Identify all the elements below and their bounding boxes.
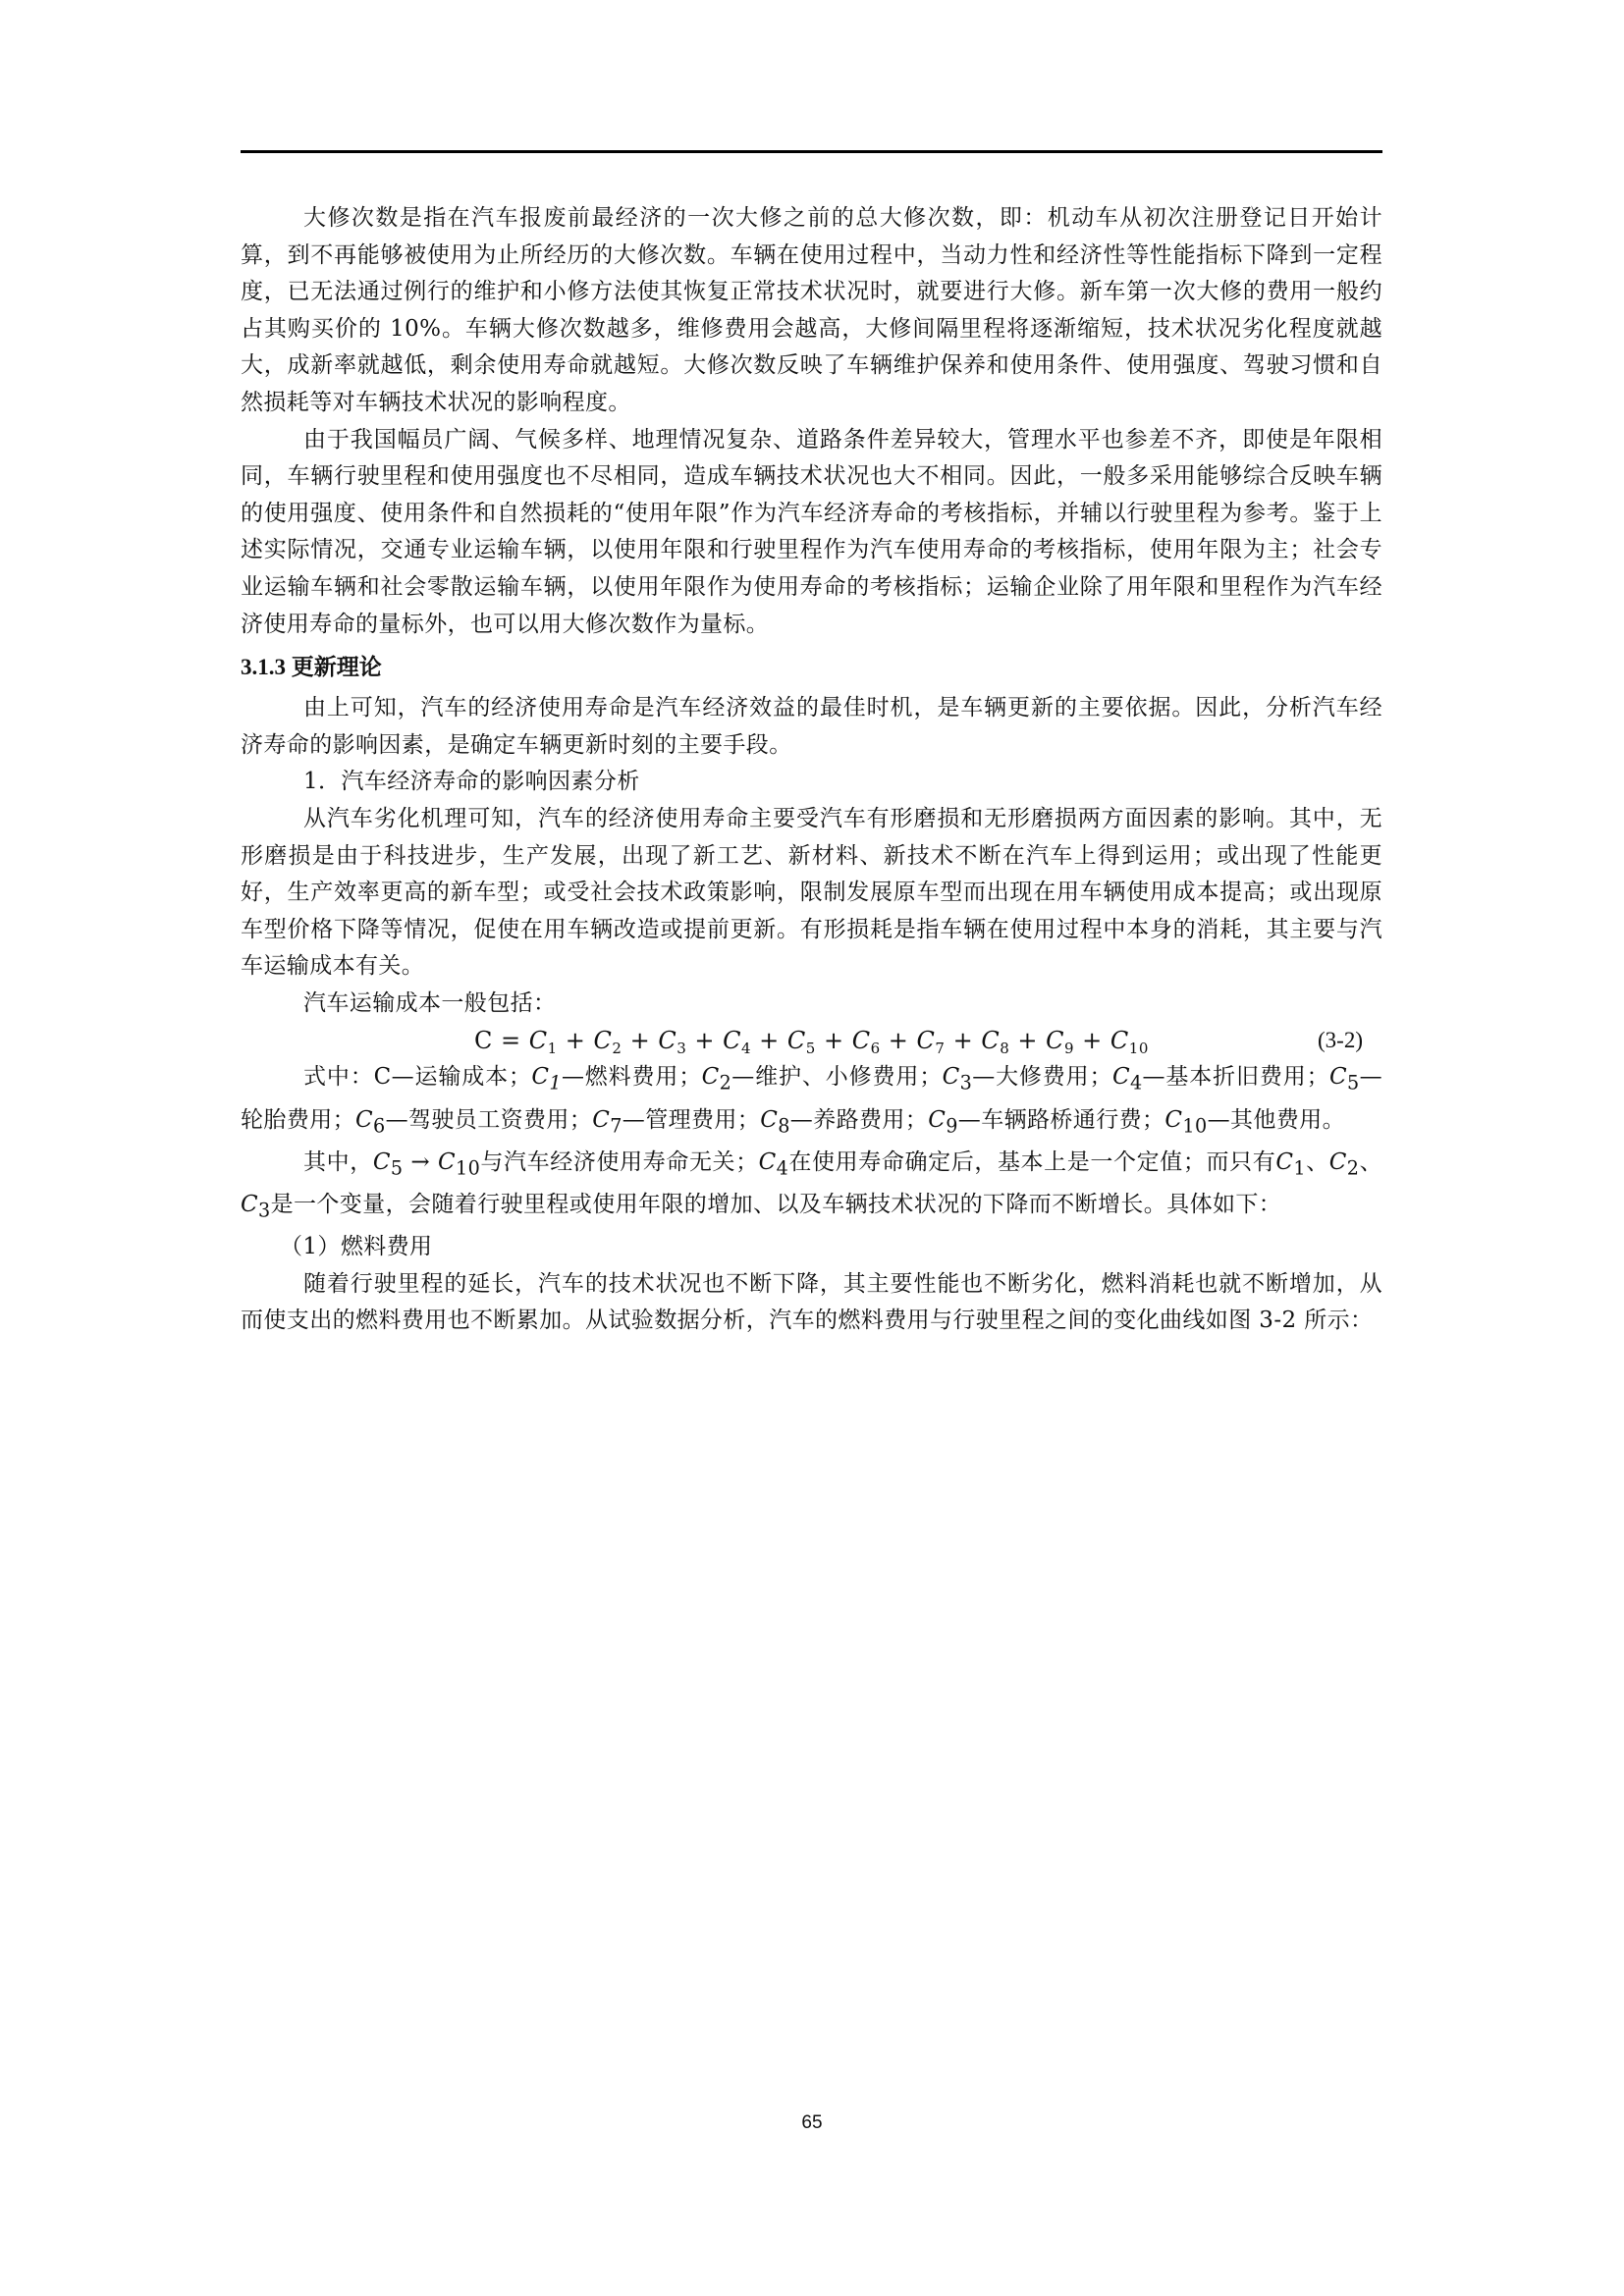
header-rule xyxy=(241,150,1382,153)
page-body: 大修次数是指在汽车报废前最经济的一次大修之前的总大修次数，即：机动车从初次注册登… xyxy=(241,200,1382,1340)
list-item-factors-analysis: 1．汽车经济寿命的影响因素分析 xyxy=(241,764,1382,801)
equation-3-2: C = C1 + C2 + C3 + C4 + C5 + C6 + C7 + C… xyxy=(241,1022,1382,1059)
paragraph-fuel-cost: 随着行驶里程的延长，汽车的技术状况也不断下降，其主要性能也不断劣化，燃料消耗也就… xyxy=(241,1266,1382,1340)
page-number: 65 xyxy=(0,2112,1624,2134)
paragraph-cost-intro: 汽车运输成本一般包括： xyxy=(241,986,1382,1023)
paragraph-service-life-criteria: 由于我国幅员广阔、气候多样、地理情况复杂、道路条件差异较大，管理水平也参差不齐，… xyxy=(241,422,1382,644)
sub-heading-fuel-cost: （1）燃料费用 xyxy=(241,1229,1382,1266)
paragraph-cost-definitions: 式中：C—运输成本；C1—燃料费用；C2—维护、小修费用；C3—大修费用；C4—… xyxy=(241,1059,1382,1144)
equation-number: (3-2) xyxy=(1318,1022,1363,1059)
cost-formula: C = C1 + C2 + C3 + C4 + C5 + C6 + C7 + C… xyxy=(474,1022,1149,1059)
paragraph-overhaul-count: 大修次数是指在汽车报废前最经济的一次大修之前的总大修次数，即：机动车从初次注册登… xyxy=(241,200,1382,422)
paragraph-variable-costs: 其中，C5 → C10与汽车经济使用寿命无关；C4在使用寿命确定后，基本上是一个… xyxy=(241,1145,1382,1229)
paragraph-renewal-basis: 由上可知，汽车的经济使用寿命是汽车经济效益的最佳时机，是车辆更新的主要依据。因此… xyxy=(241,690,1382,764)
paragraph-wear-types: 从汽车劣化机理可知，汽车的经济使用寿命主要受汽车有形磨损和无形磨损两方面因素的影… xyxy=(241,801,1382,986)
section-heading-3-1-3: 3.1.3 更新理论 xyxy=(241,648,1382,687)
